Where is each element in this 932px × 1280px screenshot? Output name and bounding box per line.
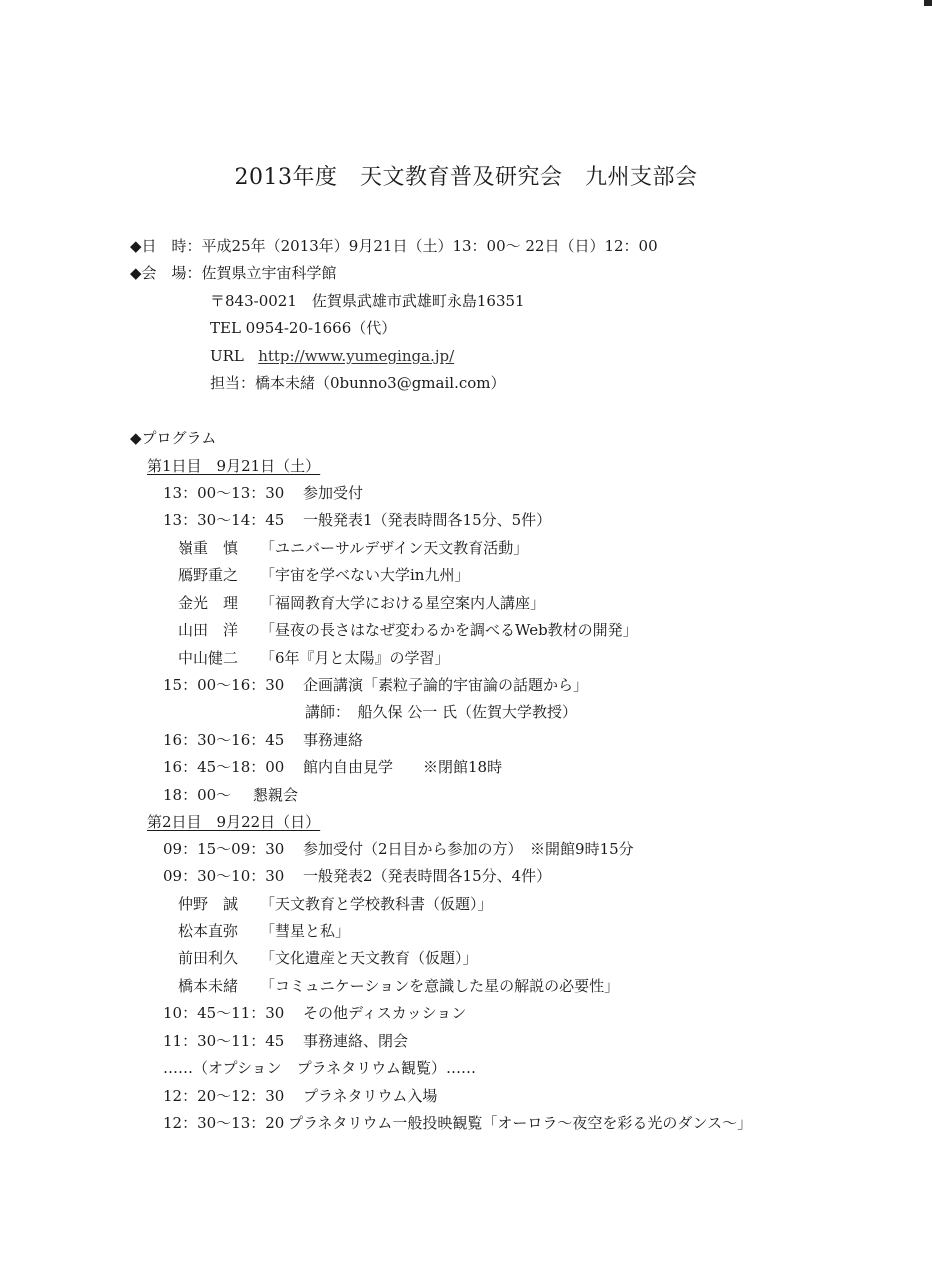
talk-item: 仲野 誠「天文教育と学校教科書（仮題）」	[178, 894, 493, 914]
schedule-desc: プラネタリウム一般投映観覧「オーロラ〜夜空を彩る光のダンス〜」	[288, 1114, 752, 1132]
schedule-item: 10：45〜11：30その他ディスカッション	[163, 1003, 466, 1023]
schedule-item: 11：30〜11：45事務連絡、閉会	[163, 1031, 408, 1051]
talk-title: 「ユニバーサルデザイン天文教育活動」	[260, 539, 528, 557]
schedule-desc: 参加受付	[303, 484, 363, 502]
telephone: TEL 0954-20-1666（代）	[210, 318, 396, 338]
talk-item: 嶺重 慎「ユニバーサルデザイン天文教育活動」	[178, 538, 528, 558]
schedule-time: 18：00〜	[163, 785, 253, 805]
schedule-time: 13：30〜14：45	[163, 510, 303, 530]
talk-item: 前田利久「文化遺産と天文教育（仮題）」	[178, 948, 478, 968]
schedule-desc: 一般発表1（発表時間各15分、5件）	[303, 511, 551, 529]
schedule-item: 12：30〜13：20プラネタリウム一般投映観覧「オーロラ〜夜空を彩る光のダンス…	[163, 1113, 752, 1133]
datetime-value: 平成25年（2013年）9月21日（土）13：00〜 22日（日）12：00	[202, 237, 658, 255]
schedule-item: 09：30〜10：30一般発表2（発表時間各15分、4件）	[163, 866, 551, 886]
venue-row: ◆会 場：佐賀県立宇宙科学館	[130, 263, 337, 283]
day2-heading: 第2日目 9月22日（日）	[147, 812, 320, 832]
url-row: URL http://www.yumeginga.jp/	[210, 346, 454, 366]
talk-title: 「天文教育と学校教科書（仮題）」	[260, 895, 493, 913]
schedule-time: 11：30〜11：45	[163, 1031, 303, 1051]
schedule-time: 09：30〜10：30	[163, 866, 303, 886]
talk-item: 橋本未緒「コミュニケーションを意識した星の解説の必要性」	[178, 976, 619, 996]
schedule-item: 16：30〜16：45事務連絡	[163, 730, 363, 750]
presenter-name: 嶺重 慎	[178, 538, 260, 558]
talk-title: 「彗星と私」	[260, 922, 350, 940]
schedule-desc: 企画講演「素粒子論的宇宙論の話題から」	[303, 676, 588, 694]
schedule-item: 18：00〜懇親会	[163, 785, 298, 805]
schedule-desc: 一般発表2（発表時間各15分、4件）	[303, 867, 551, 885]
talk-item: 山田 洋「昼夜の長さはなぜ変わるかを調べるWeb教材の開発」	[178, 620, 638, 640]
talk-title: 「6年『月と太陽』の学習」	[260, 649, 450, 667]
schedule-item: 12：20〜12：30プラネタリウム入場	[163, 1086, 437, 1106]
datetime-label: ◆日 時：	[130, 237, 202, 255]
talk-item: 松本直弥「彗星と私」	[178, 921, 350, 941]
presenter-name: 橋本未緒	[178, 976, 260, 996]
schedule-item: 15：00〜16：30企画講演「素粒子論的宇宙論の話題から」	[163, 675, 588, 695]
presenter-name: 前田利久	[178, 948, 260, 968]
schedule-time: 12：30〜13：20	[163, 1113, 288, 1133]
schedule-item: 13：30〜14：45一般発表1（発表時間各15分、5件）	[163, 510, 551, 530]
venue-value: 佐賀県立宇宙科学館	[202, 264, 337, 282]
schedule-time: 09：15〜09：30	[163, 839, 303, 859]
talk-title: 「昼夜の長さはなぜ変わるかを調べるWeb教材の開発」	[260, 621, 638, 639]
schedule-time: 13：00〜13：30	[163, 483, 303, 503]
presenter-name: 仲野 誠	[178, 894, 260, 914]
scan-mark	[924, 0, 932, 6]
schedule-desc: 懇親会	[253, 786, 298, 804]
talk-title: 「福岡教育大学における星空案内人講座」	[260, 594, 545, 612]
document-title: 2013年度 天文教育普及研究会 九州支部会	[0, 160, 932, 191]
schedule-desc: 参加受付（2日目から参加の方） ※開館9時15分	[303, 840, 634, 858]
schedule-desc: その他ディスカッション	[303, 1004, 466, 1022]
presenter-name: 金光 理	[178, 593, 260, 613]
schedule-time: 10：45〜11：30	[163, 1003, 303, 1023]
schedule-time: 15：00〜16：30	[163, 675, 303, 695]
talk-item: 鴈野重之「宇宙を学べない大学in九州」	[178, 565, 469, 585]
schedule-desc: 事務連絡、閉会	[303, 1032, 408, 1050]
day1-heading: 第1日目 9月21日（土）	[147, 456, 320, 476]
talk-item: 金光 理「福岡教育大学における星空案内人講座」	[178, 593, 545, 613]
presenter-name: 中山健二	[178, 648, 260, 668]
presenter-name: 鴈野重之	[178, 565, 260, 585]
venue-label: ◆会 場：	[130, 264, 202, 282]
program-heading: ◆プログラム	[130, 428, 216, 448]
url-label: URL	[210, 347, 244, 365]
talk-title: 「文化遺産と天文教育（仮題）」	[260, 949, 478, 967]
lecturer: 講師： 船久保 公一 氏（佐賀大学教授）	[305, 702, 577, 722]
contact: 担当：橋本未緒（0bunno3@gmail.com）	[210, 373, 506, 393]
schedule-desc: 事務連絡	[303, 731, 363, 749]
schedule-desc: プラネタリウム入場	[303, 1087, 437, 1105]
schedule-time: 16：45〜18：00	[163, 757, 303, 777]
schedule-time: 16：30〜16：45	[163, 730, 303, 750]
presenter-name: 山田 洋	[178, 620, 260, 640]
address: 〒843-0021 佐賀県武雄市武雄町永島16351	[210, 291, 525, 311]
talk-title: 「コミュニケーションを意識した星の解説の必要性」	[260, 977, 619, 995]
presenter-name: 松本直弥	[178, 921, 260, 941]
schedule-item: 13：00〜13：30参加受付	[163, 483, 363, 503]
schedule-time: 12：20〜12：30	[163, 1086, 303, 1106]
talk-title: 「宇宙を学べない大学in九州」	[260, 566, 469, 584]
schedule-item: 16：45〜18：00館内自由見学 ※閉館18時	[163, 757, 502, 777]
option-note: ……（オプション プラネタリウム観覧）……	[163, 1058, 476, 1078]
schedule-item: 09：15〜09：30参加受付（2日目から参加の方） ※開館9時15分	[163, 839, 634, 859]
website-link[interactable]: http://www.yumeginga.jp/	[258, 347, 454, 365]
datetime-row: ◆日 時：平成25年（2013年）9月21日（土）13：00〜 22日（日）12…	[130, 236, 658, 256]
schedule-desc: 館内自由見学 ※閉館18時	[303, 758, 502, 776]
talk-item: 中山健二「6年『月と太陽』の学習」	[178, 648, 450, 668]
